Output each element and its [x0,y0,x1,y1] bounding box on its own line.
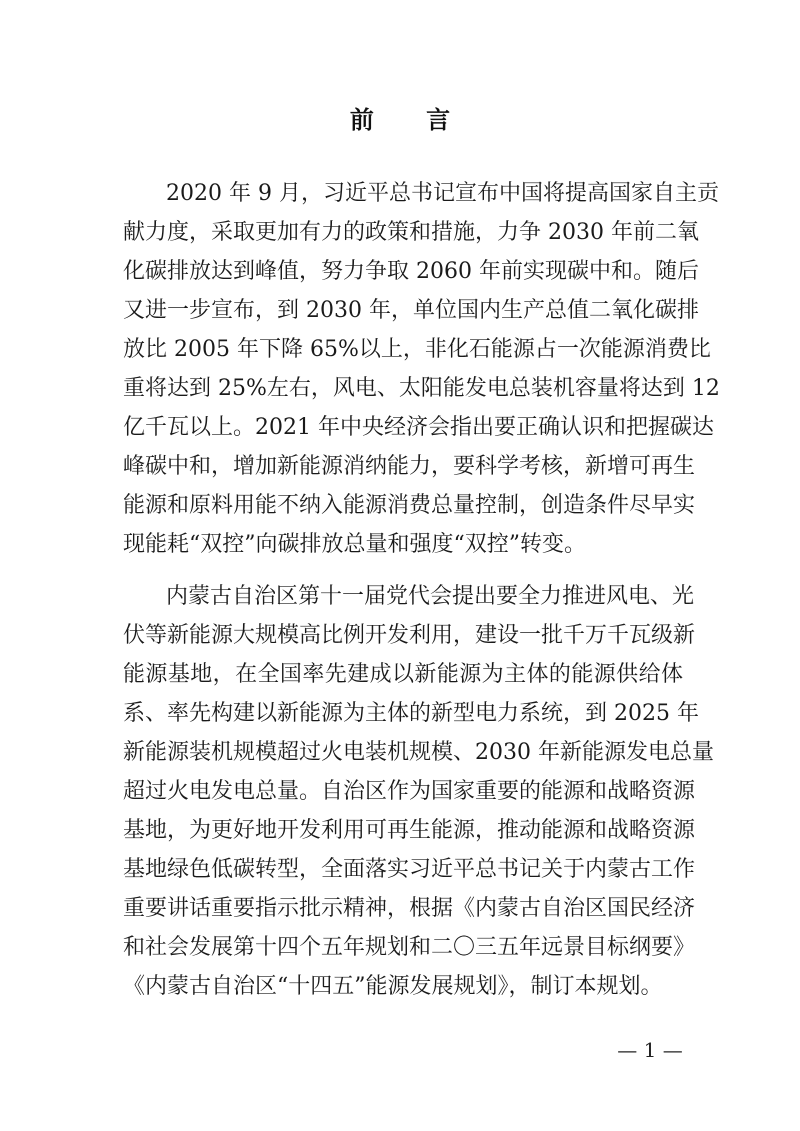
text-line: 伏等新能源大规模高比例开发利用，建设一批千万千瓦级新 [123,622,683,650]
text-line: 内蒙古自治区第十一届党代会提出要全力推进风电、光 [166,583,683,611]
text-line: 新能源装机规模超过火电装机规模、2030 年新能源发电总量 [123,739,683,767]
text-line: 亿千瓦以上。2021 年中央经济会指出要正确认识和把握碳达 [123,414,683,442]
text-line: 系、率先构建以新能源为主体的新型电力系统，到 2025 年 [123,700,683,728]
text-line: 现能耗“双控”向碳排放总量和强度“双控”转变。 [123,531,683,559]
text-line: 又进一步宣布，到 2030 年，单位国内生产总值二氧化碳排 [123,297,683,325]
page-title: 前 言 [0,100,800,135]
text-line: 2020 年 9 月，习近平总书记宣布中国将提高国家自主贡 [166,180,683,208]
text-line: 基地，为更好地开发利用可再生能源，推动能源和战略资源 [123,817,683,845]
text-line: 重将达到 25%左右，风电、太阳能发电总装机容量将达到 12 [123,375,683,403]
text-line: 重要讲话重要指示批示精神，根据《内蒙古自治区国民经济 [123,895,683,923]
text-line: 基地绿色低碳转型，全面落实习近平总书记关于内蒙古工作 [123,856,683,884]
page-number: — 1 — [600,1038,700,1062]
text-line: 《内蒙古自治区“十四五”能源发展规划》，制订本规划。 [123,973,683,1001]
text-line: 能源基地，在全国率先建成以新能源为主体的能源供给体 [123,661,683,689]
text-line: 和社会发展第十四个五年规划和二〇三五年远景目标纲要》 [123,934,683,962]
text-line: 献力度，采取更加有力的政策和措施，力争 2030 年前二氧 [123,219,683,247]
text-line: 化碳排放达到峰值，努力争取 2060 年前实现碳中和。随后 [123,258,683,286]
text-line: 能源和原料用能不纳入能源消费总量控制，创造条件尽早实 [123,492,683,520]
text-line: 超过火电发电总量。自治区作为国家重要的能源和战略资源 [123,778,683,806]
text-line: 放比 2005 年下降 65%以上，非化石能源占一次能源消费比 [123,336,683,364]
text-line: 峰碳中和，增加新能源消纳能力，要科学考核，新增可再生 [123,453,683,481]
